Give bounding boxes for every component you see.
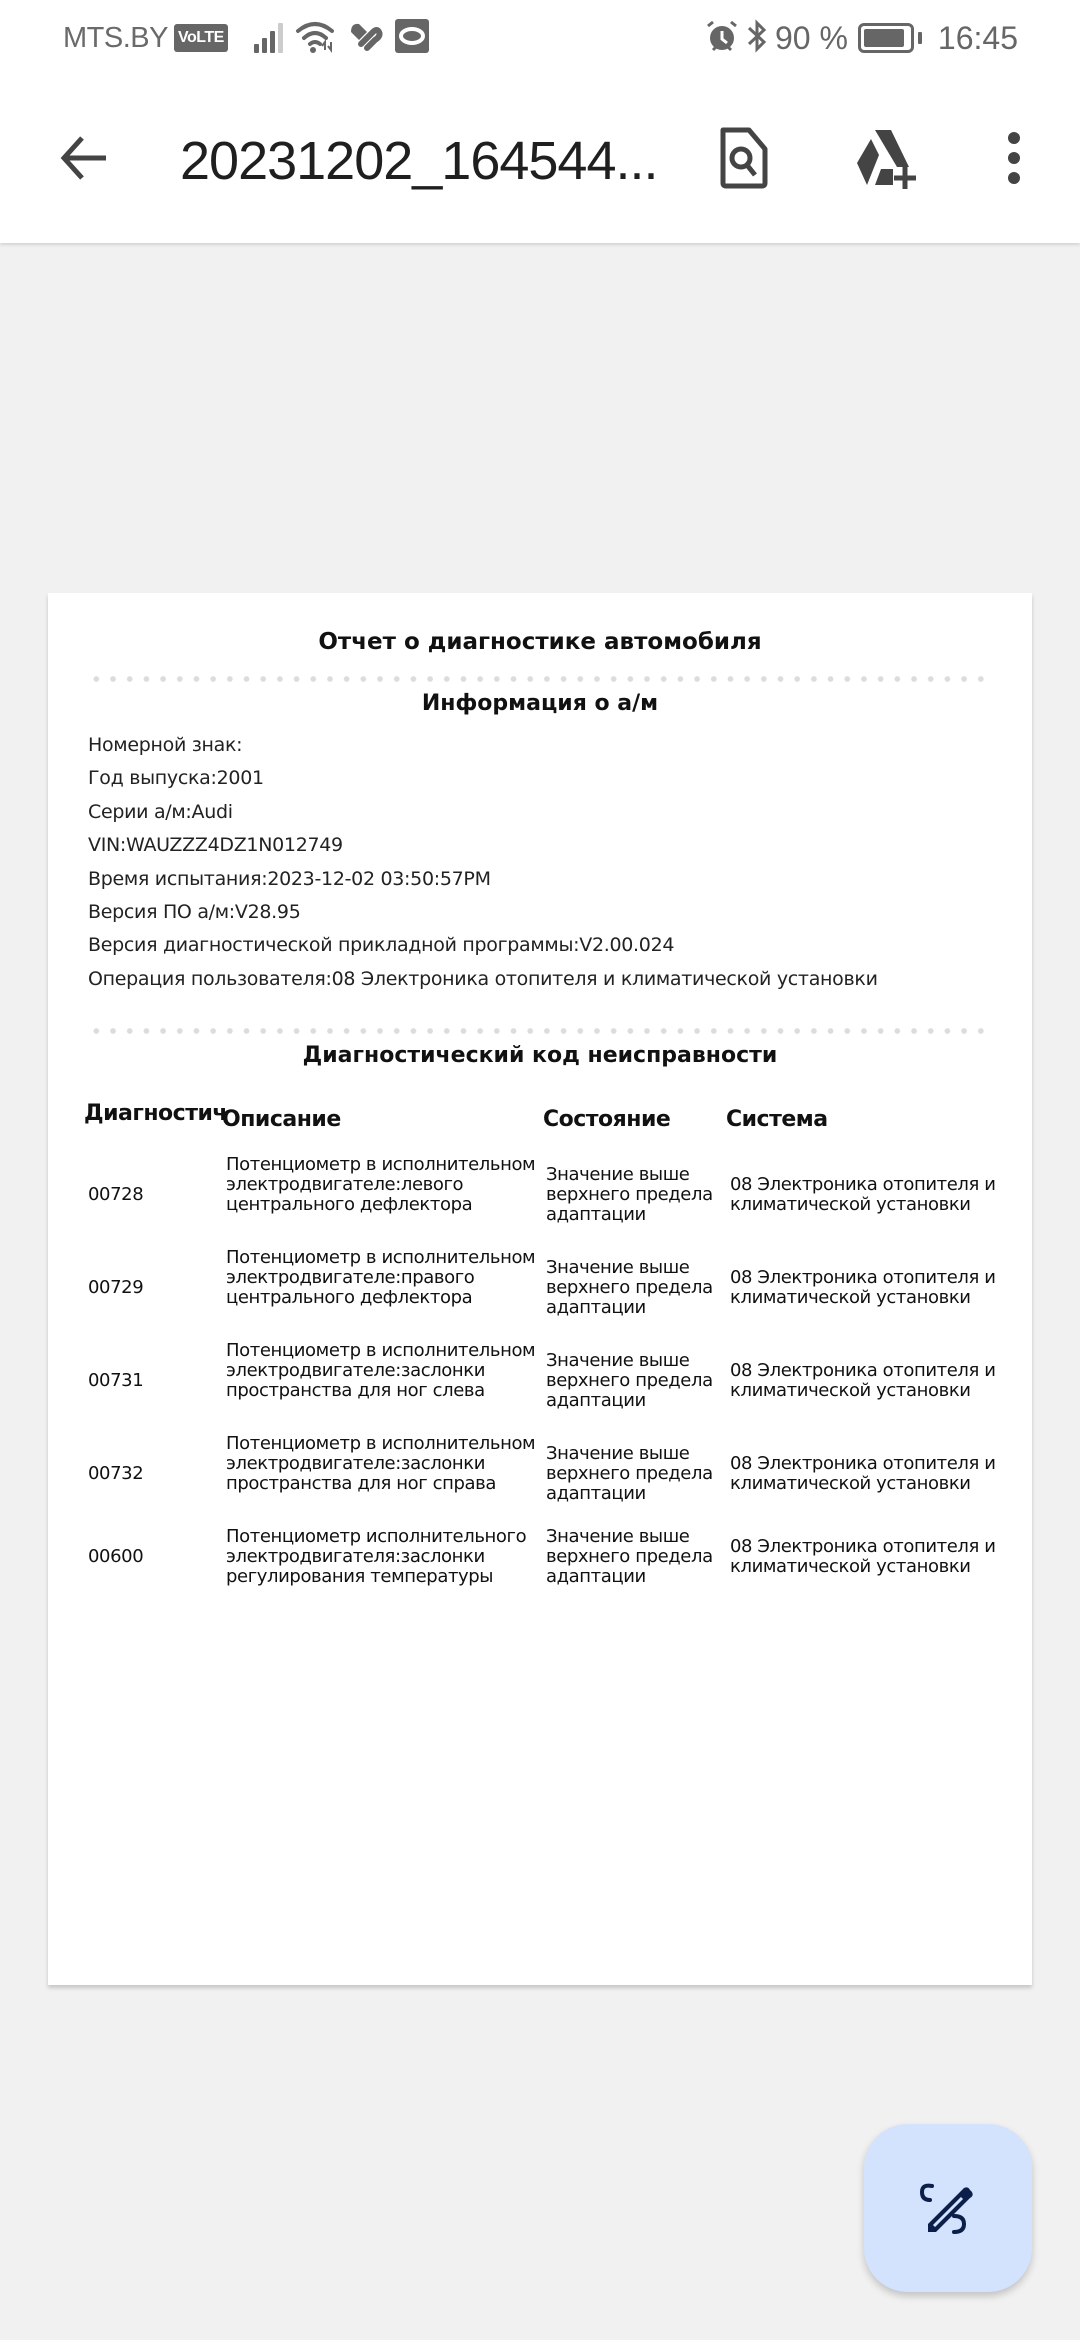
table-row: 00600Потенциометр исполнительного электр… <box>48 1527 1032 1597</box>
dtc-description: Потенциометр в исполнительном электродви… <box>226 1434 546 1494</box>
vpn-icon <box>395 19 429 57</box>
dtc-description: Потенциометр исполнительного электродвиг… <box>226 1527 546 1587</box>
dtc-system: 08 Электроника отопителя и климатической… <box>730 1454 1020 1494</box>
search-in-document-button[interactable] <box>706 120 782 196</box>
info-vin: VIN:WAUZZZ4DZ1N012749 <box>88 829 878 862</box>
dtc-description: Потенциометр в исполнительном электродви… <box>226 1248 546 1308</box>
back-arrow-icon <box>58 132 110 184</box>
dtc-state: Значение выше верхнего предела адаптации <box>546 1165 726 1225</box>
clock: 16:45 <box>938 20 1018 57</box>
table-row: 00729Потенциометр в исполнительном элект… <box>48 1248 1032 1341</box>
save-to-drive-button[interactable] <box>850 120 926 196</box>
dtc-code: 00728 <box>88 1185 143 1205</box>
report-title: Отчет о диагностике автомобиля <box>48 629 1032 655</box>
battery-percent: 90 % <box>775 20 848 57</box>
annotate-button[interactable] <box>864 2124 1032 2292</box>
carrier-name: MTS.BY <box>63 22 168 55</box>
google-drive-add-icon <box>853 127 923 189</box>
wifi-icon <box>295 19 335 57</box>
file-title: 20231202_164544... <box>180 130 658 192</box>
dtc-code: 00731 <box>88 1371 143 1391</box>
dtc-state: Значение выше верхнего предела адаптации <box>546 1527 726 1587</box>
vehicle-info-list: Номерной знак: Год выпуска:2001 Серии а/… <box>88 729 878 996</box>
vehicle-info-heading: Информация о а/м <box>48 691 1032 716</box>
dtc-system: 08 Электроника отопителя и климатической… <box>730 1268 1020 1308</box>
battery-icon <box>858 23 914 53</box>
table-row: 00732Потенциометр в исполнительном элект… <box>48 1434 1032 1527</box>
alarm-icon <box>705 19 739 57</box>
more-vertical-icon <box>1006 130 1022 186</box>
header-state: Состояние <box>543 1107 670 1132</box>
signal-icon <box>254 23 283 53</box>
dtc-table-body: 00728Потенциометр в исполнительном элект… <box>48 1155 1032 1597</box>
dotted-divider <box>88 676 992 682</box>
header-system: Система <box>726 1107 828 1132</box>
back-button[interactable] <box>52 126 116 190</box>
dtc-code: 00600 <box>88 1547 143 1567</box>
info-test-time: Время испытания:2023-12-02 03:50:57PM <box>88 863 878 896</box>
dotted-divider <box>88 1028 992 1034</box>
bluetooth-icon <box>745 18 769 58</box>
dtc-code: 00732 <box>88 1464 143 1484</box>
dtc-state: Значение выше верхнего предела адаптации <box>546 1258 726 1318</box>
info-user-operation: Операция пользователя:08 Электроника ото… <box>88 963 878 996</box>
header-code: Диагностич <box>84 1101 227 1126</box>
dtc-description: Потенциометр в исполнительном электродви… <box>226 1341 546 1401</box>
dtc-code: 00729 <box>88 1278 143 1298</box>
info-app-version: Версия диагностической прикладной програ… <box>88 929 878 962</box>
dtc-state: Значение выше верхнего предела адаптации <box>546 1351 726 1411</box>
dtc-heading: Диагностический код неисправности <box>48 1043 1032 1068</box>
pdf-viewer[interactable]: Отчет о диагностике автомобиля Информаци… <box>0 243 1080 2340</box>
info-license-plate: Номерной знак: <box>88 729 878 762</box>
dtc-description: Потенциометр в исполнительном электродви… <box>226 1155 546 1215</box>
info-year: Год выпуска:2001 <box>88 762 878 795</box>
status-bar: MTS.BY VoLTE 90 % 16:45 <box>0 0 1080 78</box>
annotate-pen-icon <box>918 2178 978 2238</box>
dtc-state: Значение выше верхнего предела адаптации <box>546 1444 726 1504</box>
more-options-button[interactable] <box>976 120 1052 196</box>
dtc-system: 08 Электроника отопителя и климатической… <box>730 1175 1020 1215</box>
search-document-icon <box>719 127 769 189</box>
dtc-system: 08 Электроника отопителя и климатической… <box>730 1537 1020 1577</box>
info-series: Серии а/м:Audi <box>88 796 878 829</box>
table-row: 00728Потенциометр в исполнительном элект… <box>48 1155 1032 1248</box>
app-bar: 20231202_164544... <box>0 78 1080 243</box>
dtc-system: 08 Электроника отопителя и климатической… <box>730 1361 1020 1401</box>
info-vehicle-sw-version: Версия ПО а/м:V28.95 <box>88 896 878 929</box>
table-row: 00731Потенциометр в исполнительном элект… <box>48 1341 1032 1434</box>
document-page: Отчет о диагностике автомобиля Информаци… <box>48 593 1032 1985</box>
dtc-table-header: Диагностич Описание Состояние Система <box>48 1101 1032 1141</box>
huawei-health-icon <box>347 20 383 56</box>
header-description: Описание <box>222 1107 341 1132</box>
battery-tip <box>918 32 922 44</box>
volte-badge: VoLTE <box>174 24 228 52</box>
